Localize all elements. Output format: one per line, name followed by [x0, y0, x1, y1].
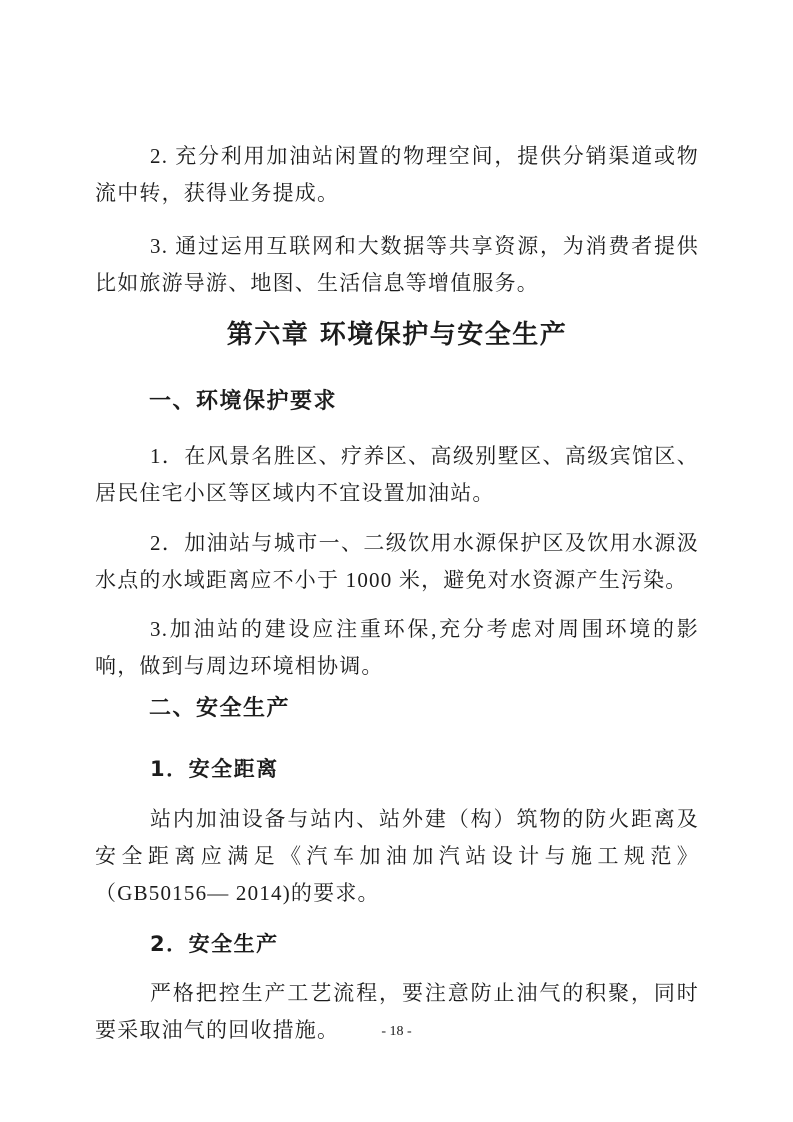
page-number: - 18 -: [0, 1022, 793, 1042]
intro-paragraph-3: 3. 通过运用互联网和大数据等共享资源，为消费者提供比如旅游导游、地图、生活信息…: [95, 228, 699, 302]
intro-paragraph-2: 2. 充分利用加油站闲置的物理空间，提供分销渠道或物流中转，获得业务提成。: [95, 138, 699, 212]
environment-item-1: 1．在风景名胜区、疗养区、高级别墅区、高级宾馆区、居民住宅小区等区域内不宜设置加…: [95, 438, 699, 512]
safety-distance-paragraph: 站内加油设备与站内、站外建（构）筑物的防火距离及安全距离应满足《汽车加油加汽站设…: [95, 801, 699, 912]
section-heading-safety: 二、安全生产: [95, 690, 753, 727]
document-page: 2. 充分利用加油站闲置的物理空间，提供分销渠道或物流中转，获得业务提成。 3.…: [0, 0, 793, 1122]
section-heading-environment: 一、环境保护要求: [95, 383, 753, 420]
environment-item-3: 3.加油站的建设应注重环保,充分考虑对周围环境的影响，做到与周边环境相协调。: [95, 611, 699, 685]
environment-item-2: 2．加油站与城市一、二级饮用水源保护区及饮用水源汲水点的水域距离应不小于 100…: [95, 525, 699, 599]
subsection-heading-safety-production: 2．安全生产: [95, 926, 754, 963]
subsection-heading-safety-distance: 1．安全距离: [95, 751, 754, 788]
chapter-title: 第六章 环境保护与安全生产: [95, 314, 699, 356]
